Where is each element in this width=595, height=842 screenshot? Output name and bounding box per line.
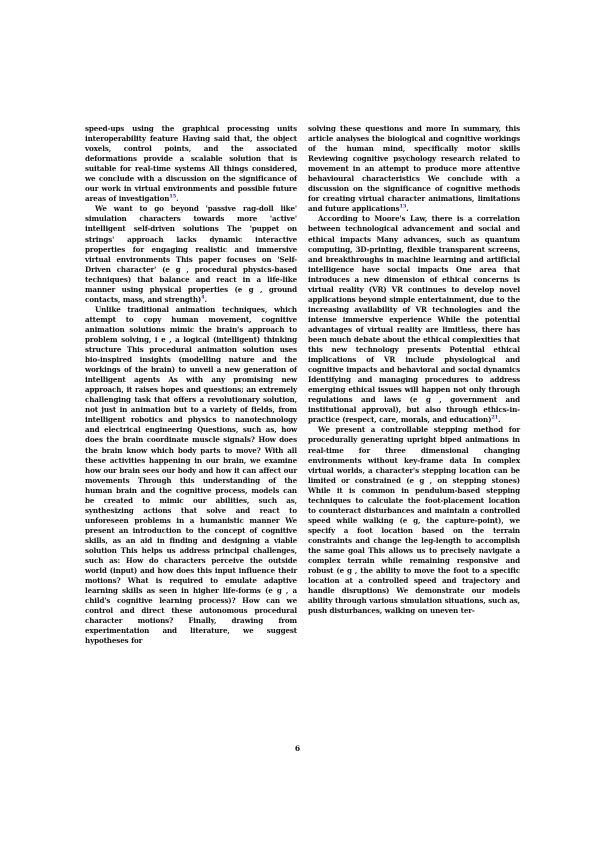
paragraph-tail: . xyxy=(176,194,178,203)
page-number: 6 xyxy=(0,744,595,753)
right-column: solving these questions and more In summ… xyxy=(308,124,520,646)
paragraph-tail: . xyxy=(498,415,500,424)
two-column-body: speed-ups using the graphical processing… xyxy=(85,124,520,646)
left-column: speed-ups using the graphical processing… xyxy=(85,124,297,646)
paragraph: Unlike traditional animation techniques,… xyxy=(85,305,297,647)
paragraph: We want to go beyond 'passive rag-doll l… xyxy=(85,204,297,304)
paragraph-text: According to Moore's Law, there is a cor… xyxy=(308,214,520,424)
paragraph: solving these questions and more In summ… xyxy=(308,124,520,214)
paragraph: speed-ups using the graphical processing… xyxy=(85,124,297,204)
paragraph-text: speed-ups using the graphical processing… xyxy=(85,124,297,203)
paragraph: We present a controllable stepping metho… xyxy=(308,425,520,616)
paragraph-text: Unlike traditional animation techniques,… xyxy=(85,305,297,646)
paragraph-tail: . xyxy=(205,295,207,304)
paragraph-text: solving these questions and more In summ… xyxy=(308,124,520,213)
paragraph-tail: . xyxy=(406,204,408,213)
paragraph-text: We present a controllable stepping metho… xyxy=(308,425,520,615)
paragraph-text: We want to go beyond 'passive rag-doll l… xyxy=(85,204,297,303)
paragraph: According to Moore's Law, there is a cor… xyxy=(308,214,520,425)
